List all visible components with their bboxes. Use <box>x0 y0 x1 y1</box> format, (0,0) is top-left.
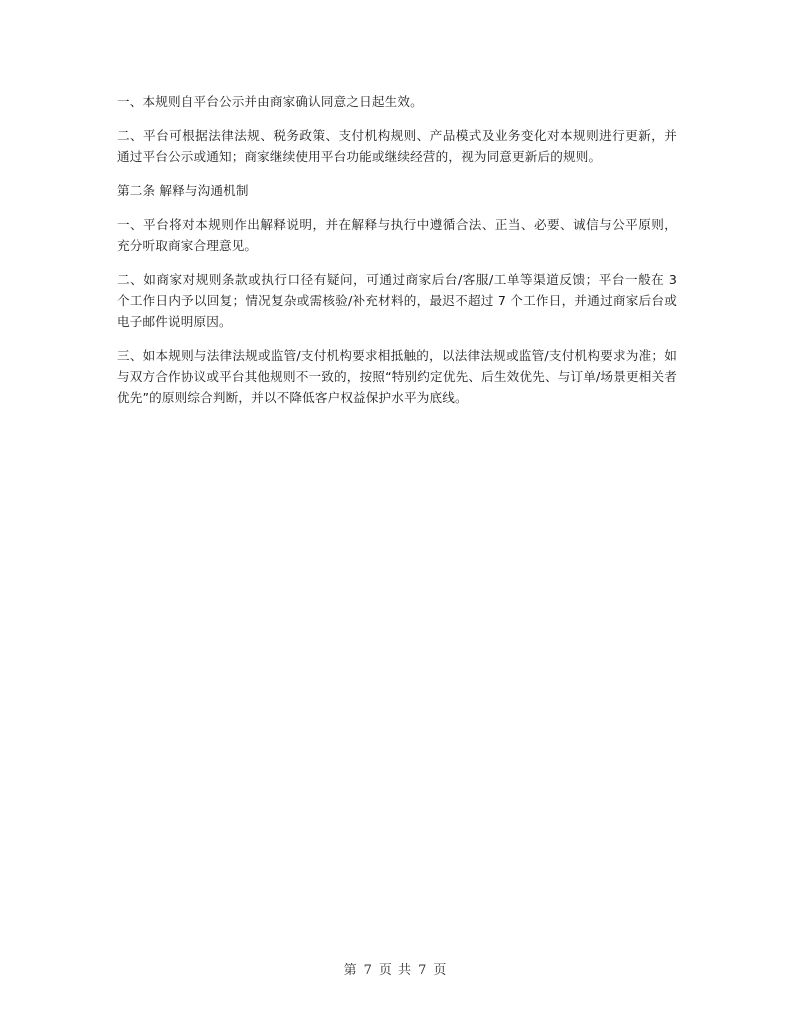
page-label-prefix: 第 <box>344 963 358 978</box>
clause-effective-date: 一、本规则自平台公示并由商家确认同意之日起生效。 <box>117 91 677 112</box>
document-page: 一、本规则自平台公示并由商家确认同意之日起生效。 二、平台可根据法律法规、税务政… <box>0 0 791 1024</box>
page-footer: 第7页 共7页 <box>0 959 791 978</box>
clause-feedback-channels: 二、如商家对规则条款或执行口径有疑问，可通过商家后台/客服/工单等渠道反馈；平台… <box>117 269 677 332</box>
section-heading: 第二条 解释与沟通机制 <box>117 180 677 201</box>
total-pages-number: 7 <box>418 963 427 978</box>
clause-conflict-resolution: 三、如本规则与法律法规或监管/支付机构要求相抵触的，以法律法规或监管/支付机构要… <box>117 345 677 408</box>
clause-interpretation: 一、平台将对本规则作出解释说明，并在解释与执行中遵循合法、正当、必要、诚信与公平… <box>117 214 677 256</box>
document-body: 一、本规则自平台公示并由商家确认同意之日起生效。 二、平台可根据法律法规、税务政… <box>117 91 677 421</box>
current-page-number: 7 <box>364 963 373 978</box>
clause-rule-updates: 二、平台可根据法律法规、税务政策、支付机构规则、产品模式及业务变化对本规则进行更… <box>117 125 677 167</box>
page-label-mid: 页 共 <box>379 963 412 978</box>
page-label-suffix: 页 <box>433 963 447 978</box>
